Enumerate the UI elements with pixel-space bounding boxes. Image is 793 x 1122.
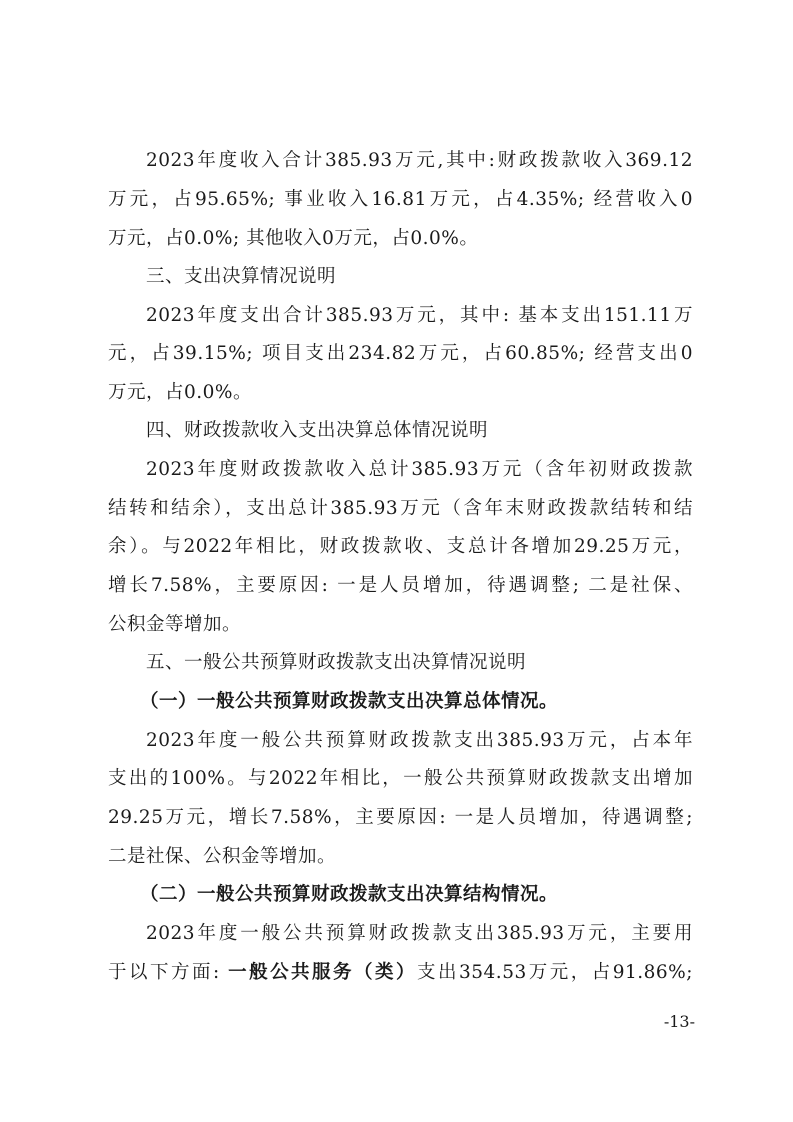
section-4-line-5: 公积金等增加。 [108,610,693,640]
section-5-sub-1-heading: （一）一般公共预算财政拨款支出决算总体情况。 [140,687,725,717]
section-3-line-3: 万元，占0.0%。 [108,378,693,408]
section-5-heading: 五、一般公共预算财政拨款支出决算情况说明 [146,648,693,678]
section-5-sub-2-heading: （二）一般公共预算财政拨款支出决算结构情况。 [140,880,725,910]
page-number: -13- [664,1012,695,1031]
section-4-line-2: 结转和结余），支出总计385.93万元（含年末财政拨款结转和结 [108,494,693,524]
section-3-heading: 三、支出决算情况说明 [146,262,693,292]
section-4-line-1: 2023年度财政拨款收入总计385.93万元（含年初财政拨款 [146,455,693,485]
category-general-public-services: 一般公共服务（类） [228,962,417,983]
section-5-sub-1-line-4: 二是社保、公积金等增加。 [108,842,693,872]
section-3-line-2: 元，占39.15%; 项目支出234.82万元，占60.85%; 经营支出0 [108,339,693,369]
income-summary-line-1: 2023年度收入合计385.93万元,其中:财政拨款收入369.12 [146,146,693,176]
section-3-line-1: 2023年度支出合计385.93万元，其中: 基本支出151.11万 [146,301,693,331]
section-4-heading: 四、财政拨款收入支出决算总体情况说明 [146,416,693,446]
document-page: 2023年度收入合计385.93万元,其中:财政拨款收入369.12 万元，占9… [0,0,793,1122]
section-5-sub-2-line-2: 于以下方面: 一般公共服务（类）支出354.53万元，占91.86%; [108,958,693,988]
section-5-sub-1-line-1: 2023年度一般公共预算财政拨款支出385.93万元，占本年 [146,726,693,756]
section-4-line-3: 余）。与2022年相比，财政拨款收、支总计各增加29.25万元， [108,532,693,562]
income-summary-line-3: 万元，占0.0%; 其他收入0万元，占0.0%。 [108,224,693,254]
line-suffix: 支出354.53万元，占91.86%; [417,962,693,983]
line-prefix: 于以下方面: [108,962,228,983]
section-5-sub-1-line-2: 支出的100%。与2022年相比，一般公共预算财政拨款支出增加 [108,764,693,794]
section-5-sub-2-line-1: 2023年度一般公共预算财政拨款支出385.93万元，主要用 [146,919,693,949]
section-4-line-4: 增长7.58%，主要原因: 一是人员增加，待遇调整; 二是社保、 [108,571,693,601]
income-summary-line-2: 万元，占95.65%; 事业收入16.81万元，占4.35%; 经营收入0 [108,185,693,215]
section-5-sub-1-line-3: 29.25万元，增长7.58%，主要原因: 一是人员增加，待遇调整; [108,803,693,833]
